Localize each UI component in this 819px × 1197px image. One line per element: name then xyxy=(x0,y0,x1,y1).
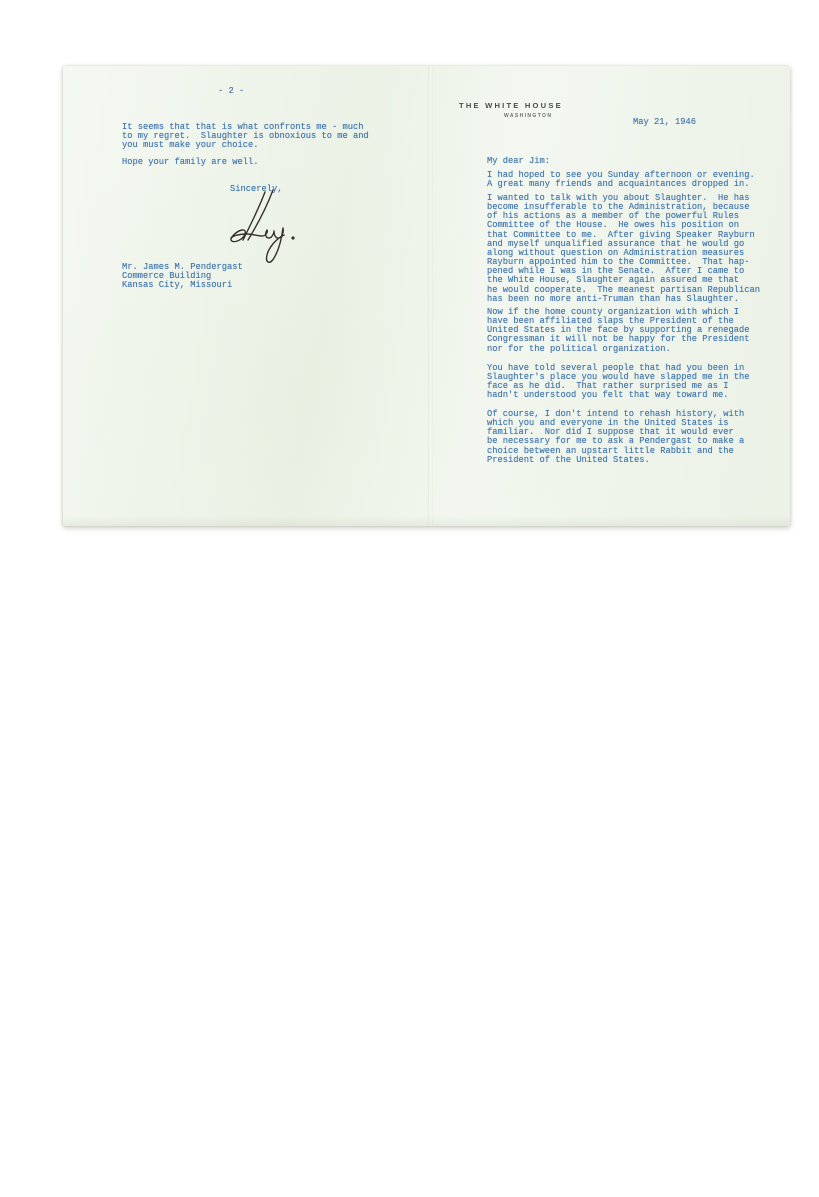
recipient-address-block: Mr. James M. Pendergast Commerce Buildin… xyxy=(122,263,243,290)
washington-letterhead-subtitle: WASHINGTON xyxy=(504,113,552,119)
signature-stroke xyxy=(231,228,284,262)
page-number: - 2 - xyxy=(218,87,244,96)
letter-sheet: - 2 - It seems that that is what confron… xyxy=(63,66,790,526)
signature-stroke xyxy=(248,190,273,240)
page1-paragraph-4: You have told several people that had yo… xyxy=(487,364,750,401)
salutation: My dear Jim: xyxy=(487,157,550,166)
center-fold-crease xyxy=(428,66,433,526)
scan-background: - 2 - It seems that that is what confron… xyxy=(0,0,819,1197)
page2-paragraph-1: It seems that that is what confronts me … xyxy=(122,123,369,150)
white-house-letterhead: THE WHITE HOUSE xyxy=(459,101,563,110)
page1-paragraph-2: I wanted to talk with you about Slaughte… xyxy=(487,194,760,304)
page1-paragraph-1: I had hoped to see you Sunday afternoon … xyxy=(487,171,755,189)
letter-date: May 21, 1946 xyxy=(633,118,696,127)
page1-paragraph-3: Now if the home county organization with… xyxy=(487,308,750,354)
handwritten-signature-harry xyxy=(215,188,315,273)
signature-period-dot xyxy=(291,236,294,239)
sheet-bottom-shadow xyxy=(63,516,790,526)
page2-paragraph-2: Hope your family are well. xyxy=(122,158,259,167)
page1-paragraph-5: Of course, I don't intend to rehash hist… xyxy=(487,410,744,465)
